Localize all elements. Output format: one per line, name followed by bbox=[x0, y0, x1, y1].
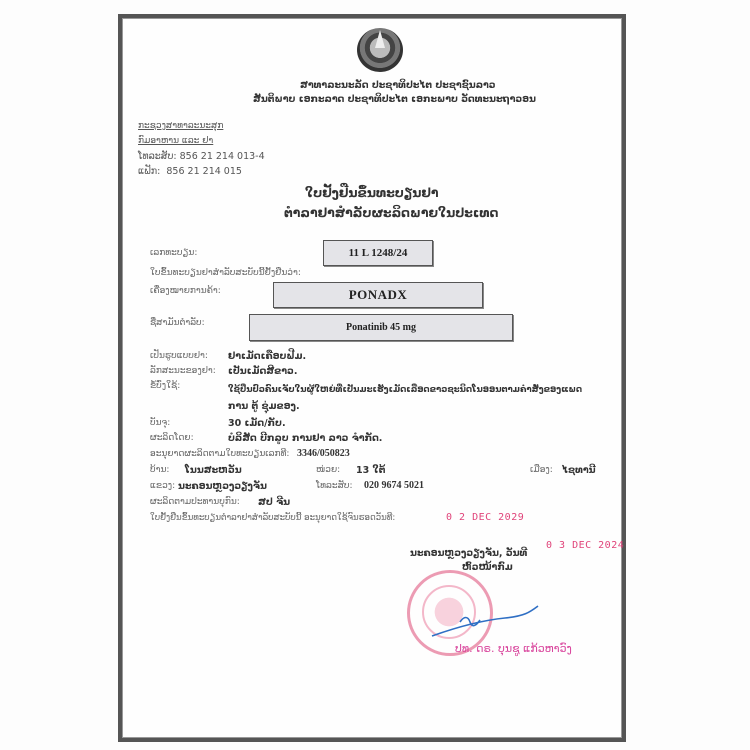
unit: 13 ໃຕ້ bbox=[356, 465, 385, 476]
indication-label: ຂໍ້ບົ່ງໃຊ້: bbox=[150, 381, 180, 391]
province: ນະຄອນຫຼວງວຽງຈັນ bbox=[178, 481, 267, 492]
trade-name-label: ເຄື່ອງໝາຍການຄ້າ: bbox=[150, 286, 221, 296]
province-label: ແຂວງ: bbox=[150, 481, 175, 491]
tel-label: ໂທລະສັບ: bbox=[316, 481, 353, 491]
description: ເປັນເມັດສີຂາວ. bbox=[228, 366, 297, 377]
dosage-form: ຢາເມັດເຄືອບຟີມ. bbox=[228, 351, 306, 362]
ministry: ກະຊວງສາທາລະນະສຸກ bbox=[138, 121, 223, 131]
lao-emblem-icon bbox=[357, 28, 403, 72]
motto-line: ສັນຕິພາບ ເອກະລາດ ປະຊາທິປະໄຕ ເອກະພາບ ວັດທ… bbox=[253, 94, 536, 105]
package: 30 ເມັດ/ກັບ. bbox=[228, 418, 286, 429]
reg-no-box: 11 L 1248/24 bbox=[323, 240, 433, 266]
validity-label: ໃບຢັ້ງຢືນຂຶ້ນທະບຽນຕຳລາຢາສຳລັບສະບັບນີ້ ອະ… bbox=[150, 513, 395, 523]
phone-row: ໂທລະສັບ: 856 21 214 013-4 bbox=[138, 151, 265, 162]
signer-role: ຫົວໜ້າກົມ bbox=[462, 562, 513, 573]
reg-no-label: ເລກທະບຽນ: bbox=[150, 248, 197, 258]
title-line-2: ຕຳລາຢາສຳລັບຜະລິດພາຍໃນປະເທດ bbox=[284, 205, 498, 220]
cert-note: ໃບຂຶ້ນທະບຽນຢາສຳລັບສະບັບນີ້ຢັ້ງຢືນວ່າ: bbox=[150, 268, 301, 278]
signature-icon bbox=[430, 600, 540, 640]
signer-name: ປທ. ດຣ. ບຸນຊູ ແກ້ວຫາວົງ bbox=[455, 642, 572, 655]
responsible-label: ຜະລິດຕາມປະທານບຸກົນ: bbox=[150, 497, 240, 507]
place-line: ນະຄອນຫຼວງວຽງຈັນ, ວັນທີ bbox=[410, 548, 527, 559]
manufacturer-label: ຜະລິດໂດຍ: bbox=[150, 433, 194, 443]
fax-row: ແຟັກ: 856 21 214 015 bbox=[138, 166, 242, 177]
generic-box: Ponatinib 45 mg bbox=[249, 314, 513, 341]
description-label: ລັກສະນະຂອງຢາ: bbox=[150, 366, 216, 376]
license-label: ອະນຸຍາດຜະລິດຕາມໃບທະບຽນເລກທີ: bbox=[150, 449, 289, 459]
dosage-form-label: ເປັນຮູບແບບຢາ: bbox=[150, 351, 208, 361]
manufacturer: ບໍລິສັດ ບີກລູບ ການຢາ ລາວ ຈຳກັດ. bbox=[228, 433, 382, 444]
trade-name-box: PONADX bbox=[273, 282, 483, 308]
generic-label: ຊື່ສາມັນຕຳລັບ: bbox=[150, 318, 205, 328]
village-label: ບ້ານ: bbox=[150, 465, 169, 475]
package-label: ບັນຈຸ: bbox=[150, 418, 170, 428]
title-line-1: ໃບຢັ້ງຢືນຂຶ້ນທະບຽນຢາ bbox=[305, 185, 439, 200]
issue-date-stamp: 0 3 DEC 2024 bbox=[546, 540, 624, 551]
district-label: ເມືອງ: bbox=[530, 465, 553, 475]
indication-line-1: ໃຊ້ປິ່ນປົວຄົນເຈັບໃນຜູ້ໃຫຍ່ທີ່ເປັນມະເຮັງເ… bbox=[228, 385, 582, 395]
responsible: ສປ ຈີນ bbox=[258, 497, 290, 508]
country-line: ສາທາລະນະລັດ ປະຊາທິປະໄຕ ປະຊາຊົນລາວ bbox=[300, 80, 496, 91]
indication-line-2: ການ ຕູ້ ຊຸ່ມຂອງ. bbox=[228, 401, 300, 412]
district: ໄຊທານີ bbox=[562, 465, 596, 476]
village: ໂນນສະຫວັນ bbox=[185, 465, 242, 476]
unit-label: ໜ່ວຍ: bbox=[316, 465, 340, 475]
tel: 020 9674 5021 bbox=[364, 480, 424, 491]
license-number: 3346/050823 bbox=[297, 448, 350, 459]
department: ກົມອາຫານ ແລະ ຢາ bbox=[138, 136, 213, 146]
validity-date-stamp: 0 2 DEC 2029 bbox=[446, 512, 524, 523]
